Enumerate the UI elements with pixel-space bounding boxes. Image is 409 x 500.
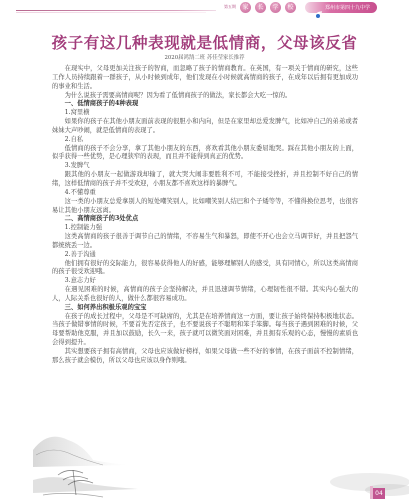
article-byline: 2020届鸿鹄二班 苏佳莹家长推荐 bbox=[0, 53, 409, 61]
header-rule-shadow bbox=[16, 12, 206, 13]
paragraph: 在现实中，父母更加关注孩子的智商，而忽略了孩子的情商教育。在英国，有一项关于情商… bbox=[52, 65, 358, 92]
paragraph: 如果你的孩子在其他小朋友面前表现的很胆小和内向，但是在家里却总爱发脾气，比如冲自… bbox=[52, 118, 358, 136]
subsection-heading: 2.善于沟通 bbox=[52, 251, 358, 260]
header-circle-4: 校 bbox=[285, 2, 296, 13]
subsection-heading: 4.不懂尊重 bbox=[52, 189, 358, 198]
page-number: 04 bbox=[373, 488, 385, 499]
paragraph: 低情商的孩子不会分享，拿了其他小朋友的东西，喜欢看其他小朋友委屈地哭。踩在其他小… bbox=[52, 145, 358, 163]
section-heading: 二、高情商孩子的3处优点 bbox=[52, 215, 358, 224]
subsection-heading: 3.发脾气 bbox=[52, 162, 358, 171]
school-name: 郑州市第四十九中学 bbox=[325, 4, 370, 11]
paragraph: 他们拥有很好的交际能力，很容易获得他人的好感，能够理解别人的感受，具有同情心，所… bbox=[52, 260, 358, 278]
paragraph: 这一类的小朋友总爱拿别人的短处嘲笑别人，比如嘲笑别人结巴和个子矮等等，不懂得换位… bbox=[52, 198, 358, 216]
subsection-heading: 3.意志力好 bbox=[52, 277, 358, 286]
paragraph: 在遇见困难的时候，高情商的孩子会坚持解决，并且迅速调节情绪，心理韧性很不错。其实… bbox=[52, 286, 358, 304]
header-circle-2: 长 bbox=[255, 2, 266, 13]
school-banner: 郑州市第四十九中学 bbox=[305, 2, 377, 13]
paragraph: 其实想要孩子拥有高情商，父母也应该做好榜样，如果父母做一些不好的事情，在孩子面前… bbox=[52, 348, 358, 366]
paragraph: 跟其他的小朋友一起做游戏却输了，就大哭大闹非要胜利不可，不能接受挫折，并且控制不… bbox=[52, 171, 358, 189]
subsection-heading: 1.控制能力强 bbox=[52, 224, 358, 233]
header-circle-1: 家 bbox=[240, 2, 251, 13]
paragraph: 在孩子的成长过程中，父母是不可缺席的，尤其是在培养情商这一方面，要让孩子始终保持… bbox=[52, 313, 358, 348]
paragraph: 这类高情商的孩子很善于调节自己的情绪，不容易生气和暴怒，即使不开心也会立马调节好… bbox=[52, 233, 358, 251]
mist-illustration bbox=[290, 460, 409, 500]
header-circles: 家 长 学 校 bbox=[240, 2, 296, 13]
header-circle-3: 学 bbox=[270, 2, 281, 13]
ink-landscape-illustration bbox=[28, 425, 158, 500]
article-title: 孩子有这几种表现就是低情商，父母该反省 bbox=[0, 31, 409, 53]
header-rule bbox=[16, 10, 216, 11]
school-logo-icon bbox=[313, 4, 323, 12]
subsection-heading: 1.窝里横 bbox=[52, 109, 358, 118]
section-heading: 一、低情商孩子的4种表现 bbox=[52, 100, 358, 109]
section-heading: 三、如何养出积极乐观的宝宝 bbox=[52, 304, 358, 313]
issue-label: 第五期 bbox=[224, 4, 236, 10]
subsection-heading: 2.自私 bbox=[52, 136, 358, 145]
article-body: 在现实中，父母更加关注孩子的智商，而忽略了孩子的情商教育。在英国，有一项关于情商… bbox=[52, 65, 358, 366]
